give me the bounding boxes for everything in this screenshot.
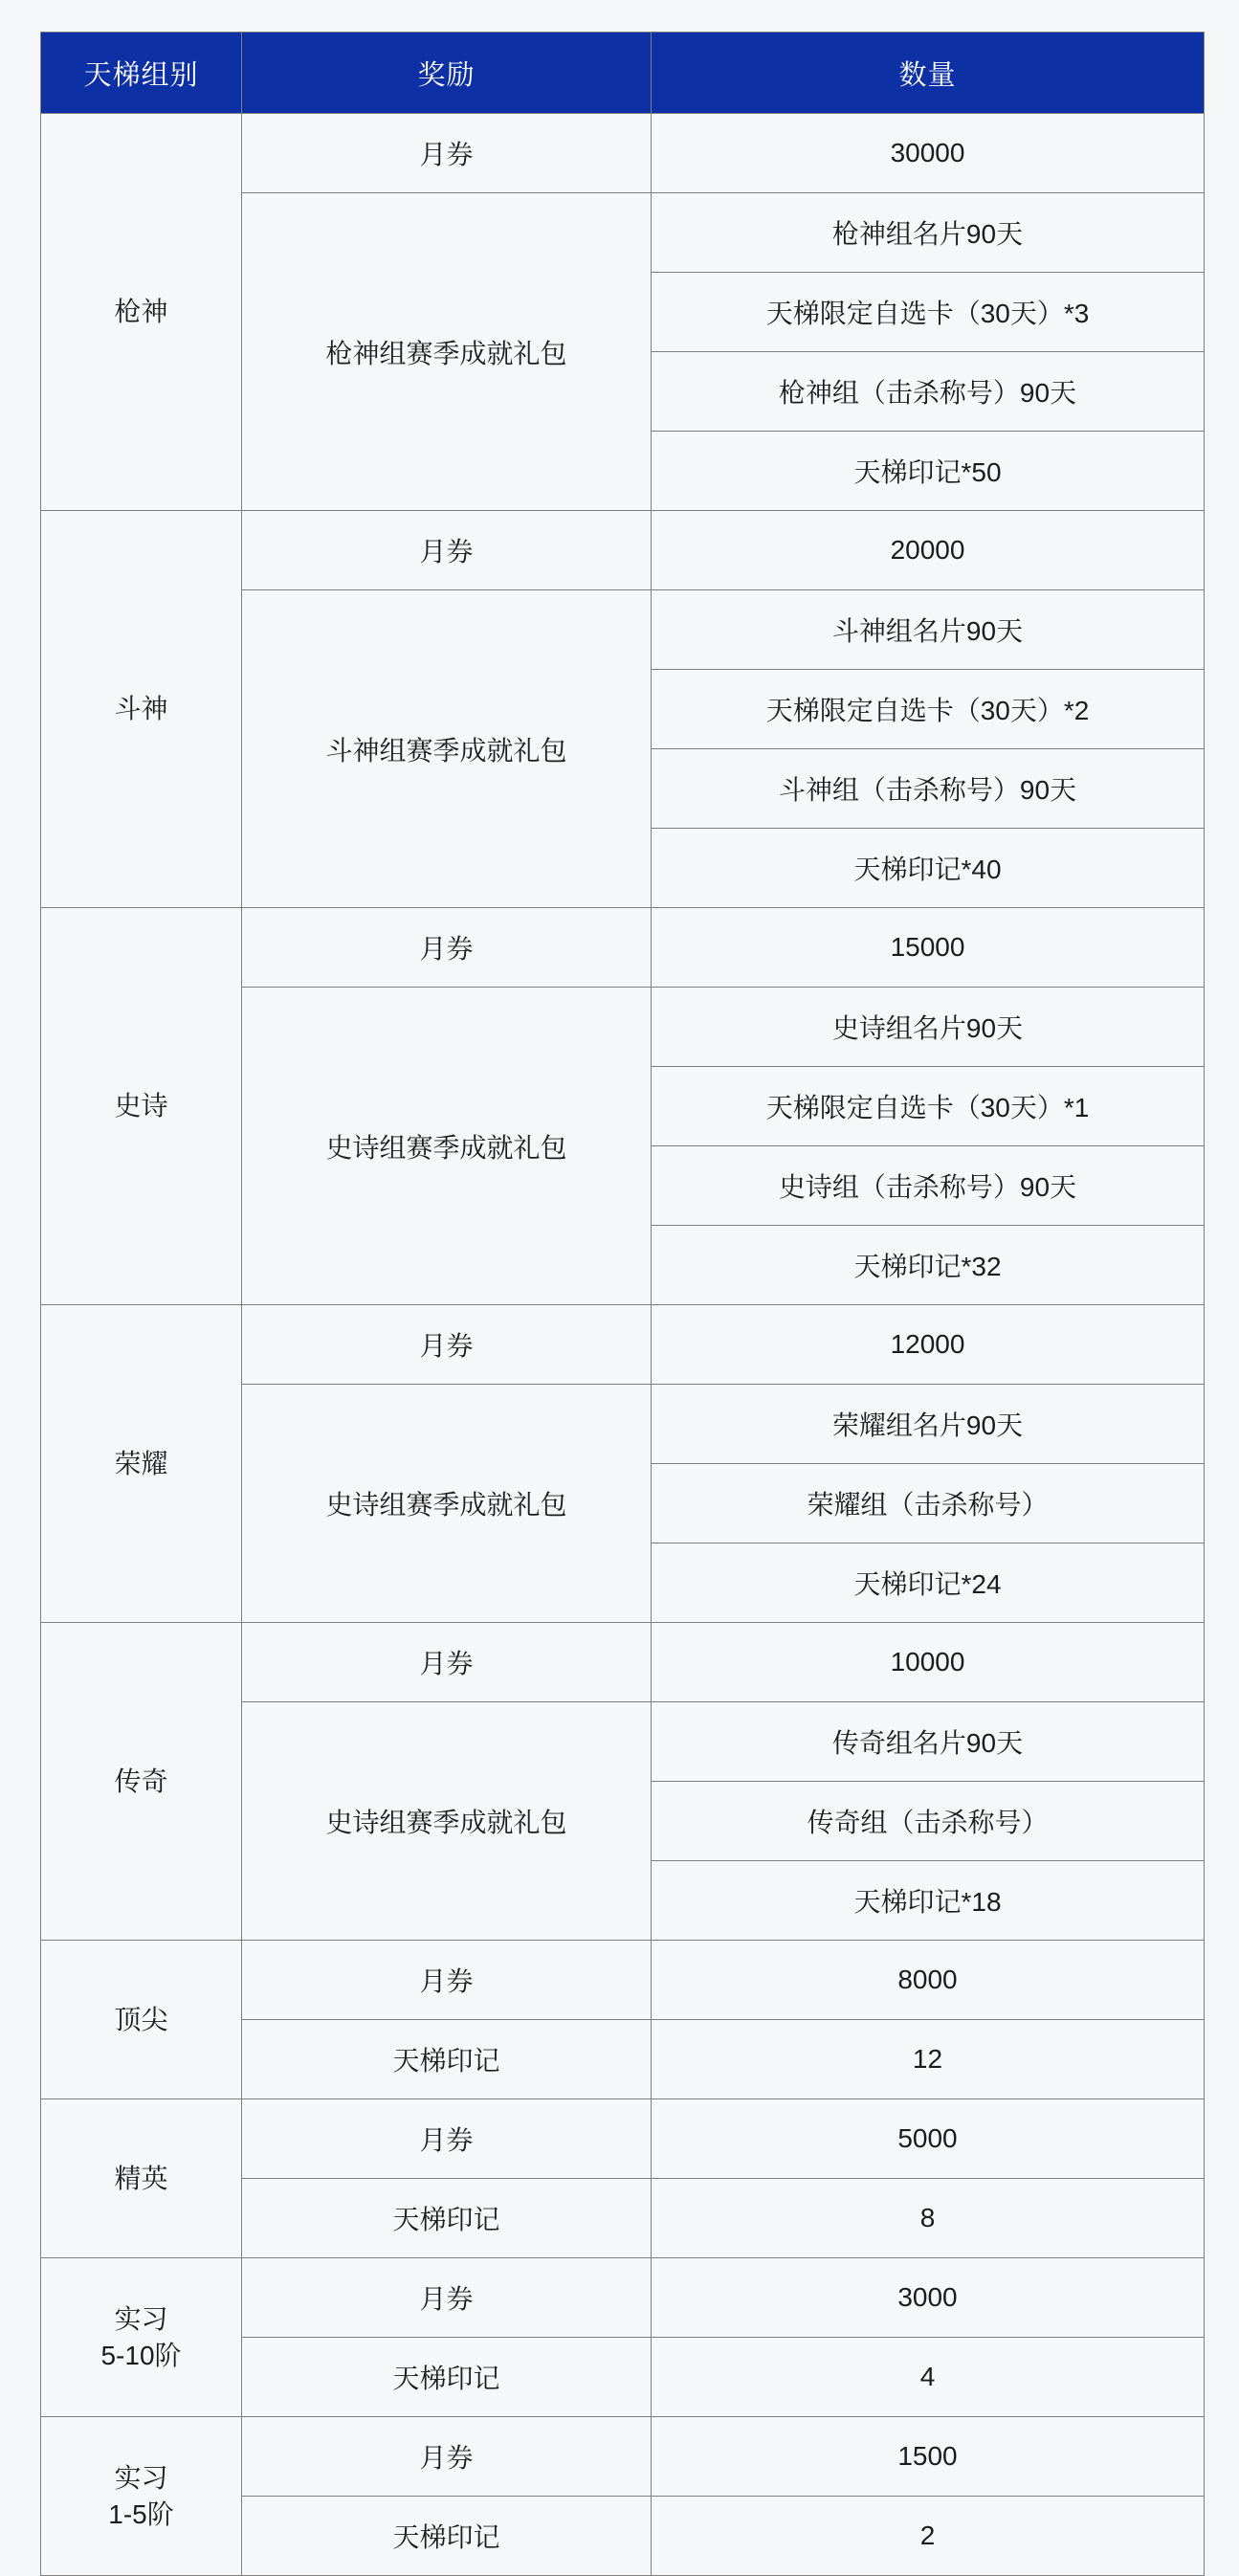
quantity-cell: 天梯限定自选卡（30天）*2 — [652, 670, 1205, 749]
quantity-cell: 史诗组名片90天 — [652, 988, 1205, 1067]
reward-cell: 月券 — [242, 1623, 652, 1702]
reward-cell: 月券 — [242, 511, 652, 590]
group-cell: 实习 1-5阶 — [41, 2417, 242, 2576]
quantity-cell: 15000 — [652, 908, 1205, 988]
col-header-ladder-group: 天梯组别 — [41, 33, 242, 114]
quantity-cell: 天梯印记*50 — [652, 432, 1205, 511]
quantity-cell: 传奇组名片90天 — [652, 1702, 1205, 1782]
group-cell: 实习 5-10阶 — [41, 2258, 242, 2417]
quantity-cell: 天梯印记*40 — [652, 829, 1205, 908]
table-row: 斗神 月券 20000 — [41, 511, 1205, 590]
reward-cell: 月券 — [242, 1305, 652, 1385]
reward-package-cell: 枪神组赛季成就礼包 — [242, 193, 652, 511]
table-row: 传奇 月券 10000 — [41, 1623, 1205, 1702]
quantity-cell: 荣耀组名片90天 — [652, 1385, 1205, 1464]
table-row: 实习 1-5阶 月券 1500 — [41, 2417, 1205, 2497]
quantity-cell: 传奇组（击杀称号） — [652, 1782, 1205, 1861]
quantity-cell: 8000 — [652, 1941, 1205, 2020]
reward-cell: 月券 — [242, 114, 652, 193]
quantity-cell: 史诗组（击杀称号）90天 — [652, 1146, 1205, 1226]
quantity-cell: 斗神组（击杀称号）90天 — [652, 749, 1205, 829]
quantity-cell: 3000 — [652, 2258, 1205, 2338]
group-cell: 枪神 — [41, 114, 242, 511]
reward-cell: 天梯印记 — [242, 2497, 652, 2576]
quantity-cell: 10000 — [652, 1623, 1205, 1702]
reward-cell: 月券 — [242, 2099, 652, 2179]
table-row: 枪神 月券 30000 — [41, 114, 1205, 193]
quantity-cell: 天梯限定自选卡（30天）*3 — [652, 273, 1205, 352]
col-header-quantity: 数量 — [652, 33, 1205, 114]
quantity-cell: 12000 — [652, 1305, 1205, 1385]
reward-cell: 月券 — [242, 2258, 652, 2338]
table-row: 顶尖 月券 8000 — [41, 1941, 1205, 2020]
table-row: 实习 5-10阶 月券 3000 — [41, 2258, 1205, 2338]
reward-cell: 月券 — [242, 2417, 652, 2497]
group-cell: 传奇 — [41, 1623, 242, 1941]
reward-cell: 天梯印记 — [242, 2338, 652, 2417]
reward-package-cell: 史诗组赛季成就礼包 — [242, 1385, 652, 1623]
quantity-cell: 荣耀组（击杀称号） — [652, 1464, 1205, 1543]
table-row: 史诗 月券 15000 — [41, 908, 1205, 988]
table-row: 荣耀 月券 12000 — [41, 1305, 1205, 1385]
quantity-cell: 2 — [652, 2497, 1205, 2576]
quantity-cell: 30000 — [652, 114, 1205, 193]
quantity-cell: 天梯印记*18 — [652, 1861, 1205, 1941]
quantity-cell: 天梯印记*32 — [652, 1226, 1205, 1305]
reward-package-cell: 斗神组赛季成就礼包 — [242, 590, 652, 908]
table-row: 精英 月券 5000 — [41, 2099, 1205, 2179]
col-header-reward: 奖励 — [242, 33, 652, 114]
reward-cell: 月券 — [242, 1941, 652, 2020]
group-cell: 史诗 — [41, 908, 242, 1305]
quantity-cell: 斗神组名片90天 — [652, 590, 1205, 670]
quantity-cell: 枪神组名片90天 — [652, 193, 1205, 273]
quantity-cell: 天梯限定自选卡（30天）*1 — [652, 1067, 1205, 1146]
group-cell: 荣耀 — [41, 1305, 242, 1623]
quantity-cell: 枪神组（击杀称号）90天 — [652, 352, 1205, 432]
quantity-cell: 8 — [652, 2179, 1205, 2258]
quantity-cell: 5000 — [652, 2099, 1205, 2179]
reward-cell: 月券 — [242, 908, 652, 988]
reward-cell: 天梯印记 — [242, 2179, 652, 2258]
group-cell: 顶尖 — [41, 1941, 242, 2099]
quantity-cell: 12 — [652, 2020, 1205, 2099]
quantity-cell: 天梯印记*24 — [652, 1543, 1205, 1623]
quantity-cell: 20000 — [652, 511, 1205, 590]
quantity-cell: 4 — [652, 2338, 1205, 2417]
reward-package-cell: 史诗组赛季成就礼包 — [242, 1702, 652, 1941]
quantity-cell: 1500 — [652, 2417, 1205, 2497]
ladder-rewards-table: 天梯组别 奖励 数量 枪神 月券 30000 枪神组赛季成就礼包 枪神组名片90… — [40, 32, 1205, 2576]
header-row: 天梯组别 奖励 数量 — [41, 33, 1205, 114]
reward-package-cell: 史诗组赛季成就礼包 — [242, 988, 652, 1305]
reward-cell: 天梯印记 — [242, 2020, 652, 2099]
page: 天梯组别 奖励 数量 枪神 月券 30000 枪神组赛季成就礼包 枪神组名片90… — [0, 0, 1239, 2525]
group-cell: 斗神 — [41, 511, 242, 908]
group-cell: 精英 — [41, 2099, 242, 2258]
